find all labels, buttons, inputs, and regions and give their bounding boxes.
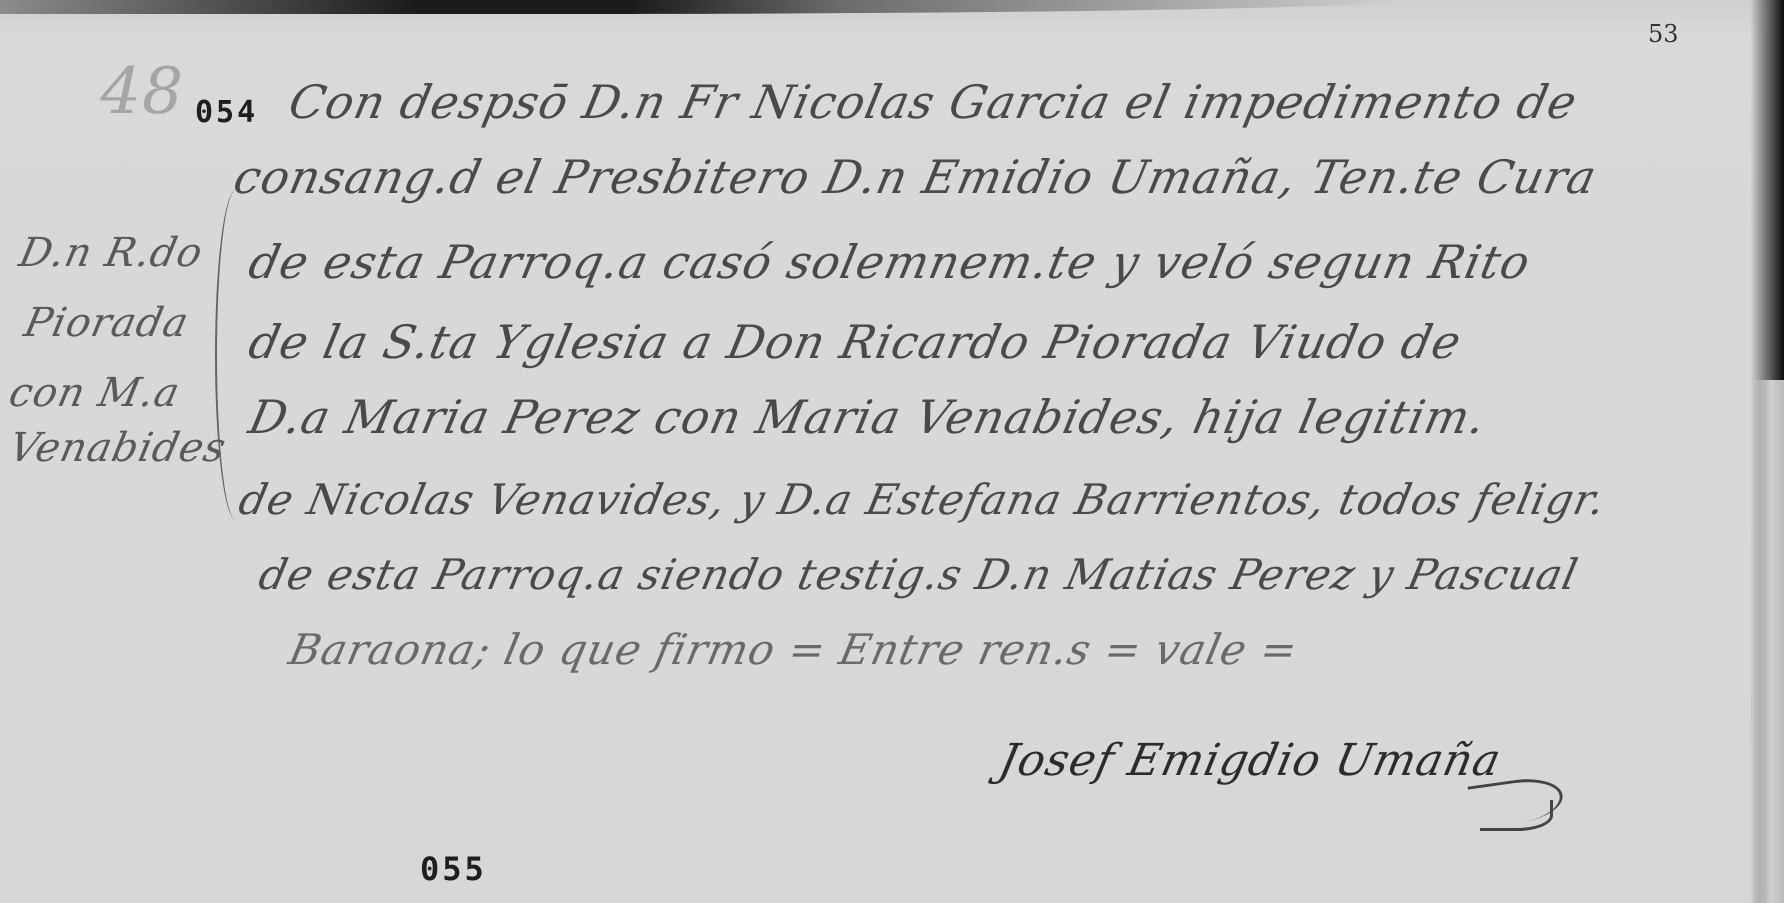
body-line: de Nicolas Venavides, y D.a Estefana Bar…: [235, 475, 1610, 524]
document-page: 53 48 054 D.n R.do Piorada con M.a Venab…: [0, 0, 1784, 903]
pencil-mark: 48: [92, 55, 191, 129]
page-top-shadow: [0, 0, 1400, 14]
body-line: de esta Parroq.a casó solemnem.te y veló…: [244, 235, 1535, 289]
stamp-number-top: 054: [195, 95, 258, 130]
page-right-edge: [1750, 0, 1784, 903]
stamp-number-bottom: 055: [420, 850, 487, 888]
body-line: de la S.ta Yglesia a Don Ricardo Piorada…: [244, 315, 1466, 369]
body-line: de esta Parroq.a siendo testig.s D.n Mat…: [255, 550, 1583, 599]
body-line: Con despsō D.n Fr Nicolas Garcia el impe…: [284, 75, 1582, 129]
signature-rubric: [1480, 800, 1553, 831]
margin-note-line: con M.a: [5, 370, 184, 416]
body-line: D.a Maria Perez con Maria Venabides, hij…: [244, 390, 1491, 444]
margin-note-line: Piorada: [20, 300, 193, 346]
signature: Josef Emigdio Umaña: [995, 735, 1506, 786]
folio-number: 53: [1648, 20, 1679, 48]
margin-note-line: Venabides: [5, 425, 230, 471]
body-line: consang.d el Presbitero D.n Emidio Umaña…: [229, 150, 1602, 204]
margin-note-line: D.n R.do: [15, 230, 207, 276]
body-line: Baraona; lo que firmo = Entre ren.s = va…: [285, 625, 1303, 674]
